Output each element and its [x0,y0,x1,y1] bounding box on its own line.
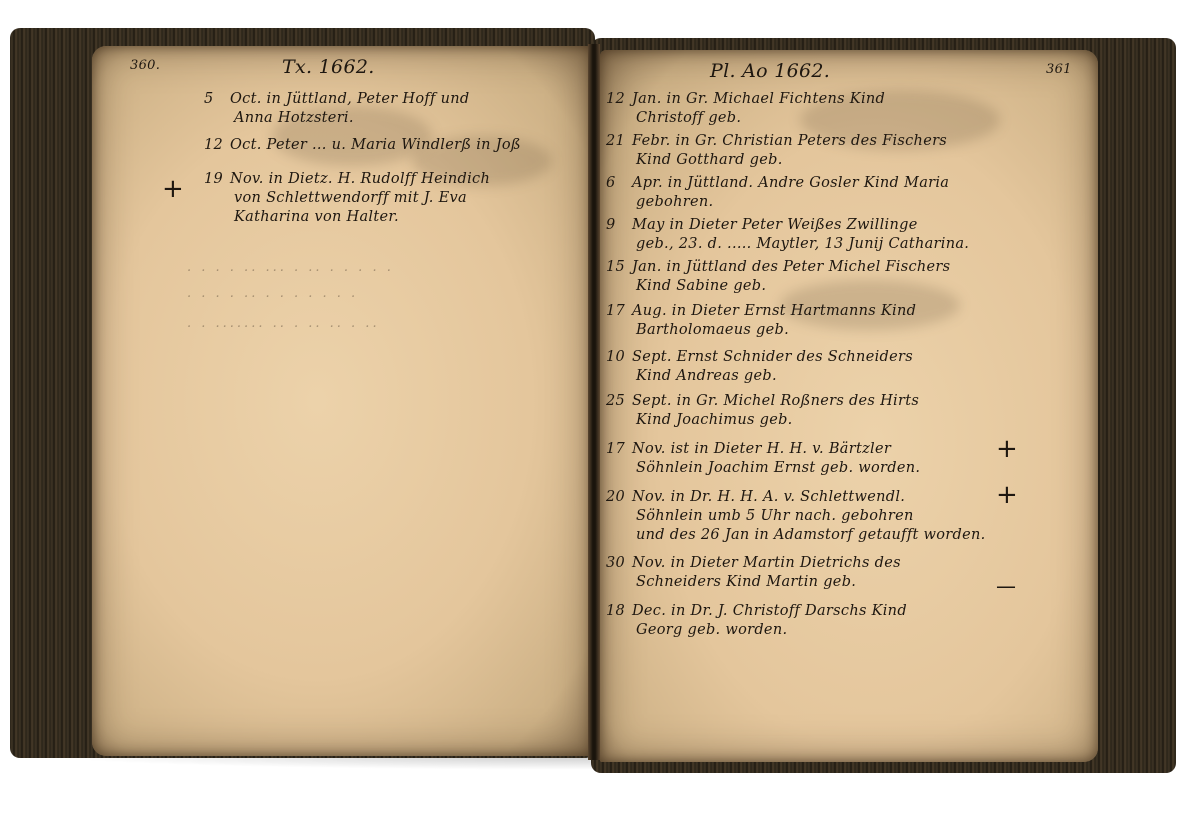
folio-number: 360. [130,58,160,73]
register-entry: 12Jan. in Gr. Michael Fichtens Kind Chri… [606,90,885,128]
register-entry: 10Sept. Ernst Schnider des Schneiders Ki… [606,348,913,386]
entry-text: Söhnlein Joachim Ernst geb. worden. [606,459,920,478]
entry-text: May in Dieter Peter Weißes Zwillinge [632,217,918,233]
cross-mark: + [162,174,184,204]
register-entry: 5Oct. in Jüttland, Peter Hoff und Anna H… [204,90,469,128]
entry-day: 12 [606,90,632,109]
bleed-through-text: . . . . .. . . . . . . . [187,286,358,301]
register-entry: 21Febr. in Gr. Christian Peters des Fisc… [606,132,947,170]
entry-text: Oct. in Jüttland, Peter Hoff und [230,91,469,107]
entry-day: 6 [606,174,632,193]
entry-text: Sept. Ernst Schnider des Schneiders [632,349,913,365]
bleed-through-text: . . ....... .. . .. .. . .. [187,316,380,331]
entry-day: 18 [606,602,632,621]
entry-text: von Schlettwendorff mit J. Eva [204,189,490,208]
entry-text: Dec. in Dr. J. Christoff Darschs Kind [632,603,907,619]
register-entry: 19Nov. in Dietz. H. Rudolff Heindich von… [204,170,490,227]
entry-text: Bartholomaeus geb. [606,321,916,340]
entry-day: 10 [606,348,632,367]
entry-text: Jan. in Gr. Michael Fichtens Kind [632,91,885,107]
entry-text: Christoff geb. [606,109,885,128]
entry-text: Aug. in Dieter Ernst Hartmanns Kind [632,303,916,319]
open-book: 360. Tx. 1662. 5Oct. in Jüttland, Peter … [10,28,1176,768]
entry-day: 30 [606,554,632,573]
register-entry: 17Nov. ist in Dieter H. H. v. Bärtzler S… [606,440,920,478]
register-entry: 15Jan. in Jüttland des Peter Michel Fisc… [606,258,950,296]
entry-text: Kind Gotthard geb. [606,151,947,170]
register-entry: 30Nov. in Dieter Martin Dietrichs des Sc… [606,554,901,592]
left-page: 360. Tx. 1662. 5Oct. in Jüttland, Peter … [92,46,592,756]
entry-day: 9 [606,216,632,235]
page-header: Pl. Ao 1662. [710,60,830,82]
bleed-through-text: . . . . .. ... . .. . . . . . [187,260,394,275]
entry-day: 20 [606,488,632,507]
register-entry: 6Apr. in Jüttland. Andre Gosler Kind Mar… [606,174,949,212]
page-header: Tx. 1662. [282,56,375,78]
entry-text: Apr. in Jüttland. Andre Gosler Kind Mari… [632,175,949,191]
cross-mark: + [996,480,1018,510]
register-entry: 25Sept. in Gr. Michel Roßners des Hirts … [606,392,919,430]
register-entry: 20Nov. in Dr. H. H. A. v. Schlettwendl. … [606,488,986,545]
book-spine-gutter [588,44,600,760]
entry-day: 21 [606,132,632,151]
entry-text: geb., 23. d. ..... Maytler, 13 Junij Cat… [606,235,969,254]
entry-text: Nov. ist in Dieter H. H. v. Bärtzler [632,441,891,457]
entry-text: Kind Andreas geb. [606,367,913,386]
entry-text: Kind Joachimus geb. [606,411,919,430]
register-entry: 17Aug. in Dieter Ernst Hartmanns Kind Ba… [606,302,916,340]
entry-text: Söhnlein umb 5 Uhr nach. gebohren [606,507,986,526]
entry-text: Katharina von Halter. [204,208,490,227]
entry-text: und des 26 Jan in Adamstorf getaufft wor… [606,526,986,545]
entry-text: Nov. in Dr. H. H. A. v. Schlettwendl. [632,489,905,505]
entry-day: 19 [204,170,230,189]
entry-text: Jan. in Jüttland des Peter Michel Fische… [632,259,950,275]
entry-day: 17 [606,440,632,459]
register-entry: 18Dec. in Dr. J. Christoff Darschs Kind … [606,602,907,640]
entry-text: gebohren. [606,193,949,212]
entry-text: Schneiders Kind Martin geb. [606,573,901,592]
register-entry: 9May in Dieter Peter Weißes Zwillinge ge… [606,216,969,254]
entry-day: 15 [606,258,632,277]
right-page: Pl. Ao 1662. 361 12Jan. in Gr. Michael F… [600,50,1098,762]
entry-text: Sept. in Gr. Michel Roßners des Hirts [632,393,919,409]
entry-text: Anna Hotzsteri. [204,109,469,128]
entry-text: Georg geb. worden. [606,621,907,640]
register-entry: 12Oct. Peter ... u. Maria Windlerß in Jo… [204,136,521,155]
folio-number: 361 [1046,62,1072,77]
entry-text: Febr. in Gr. Christian Peters des Fische… [632,133,947,149]
cross-mark: + [996,434,1018,464]
entry-text: Nov. in Dieter Martin Dietrichs des [632,555,901,571]
entry-text: Oct. Peter ... u. Maria Windlerß in Joß [230,137,521,153]
dash-mark: — [996,574,1016,598]
entry-day: 5 [204,90,230,109]
entry-day: 17 [606,302,632,321]
entry-day: 12 [204,136,230,155]
entry-text: Kind Sabine geb. [606,277,950,296]
entry-text: Nov. in Dietz. H. Rudolff Heindich [230,171,490,187]
entry-day: 25 [606,392,632,411]
